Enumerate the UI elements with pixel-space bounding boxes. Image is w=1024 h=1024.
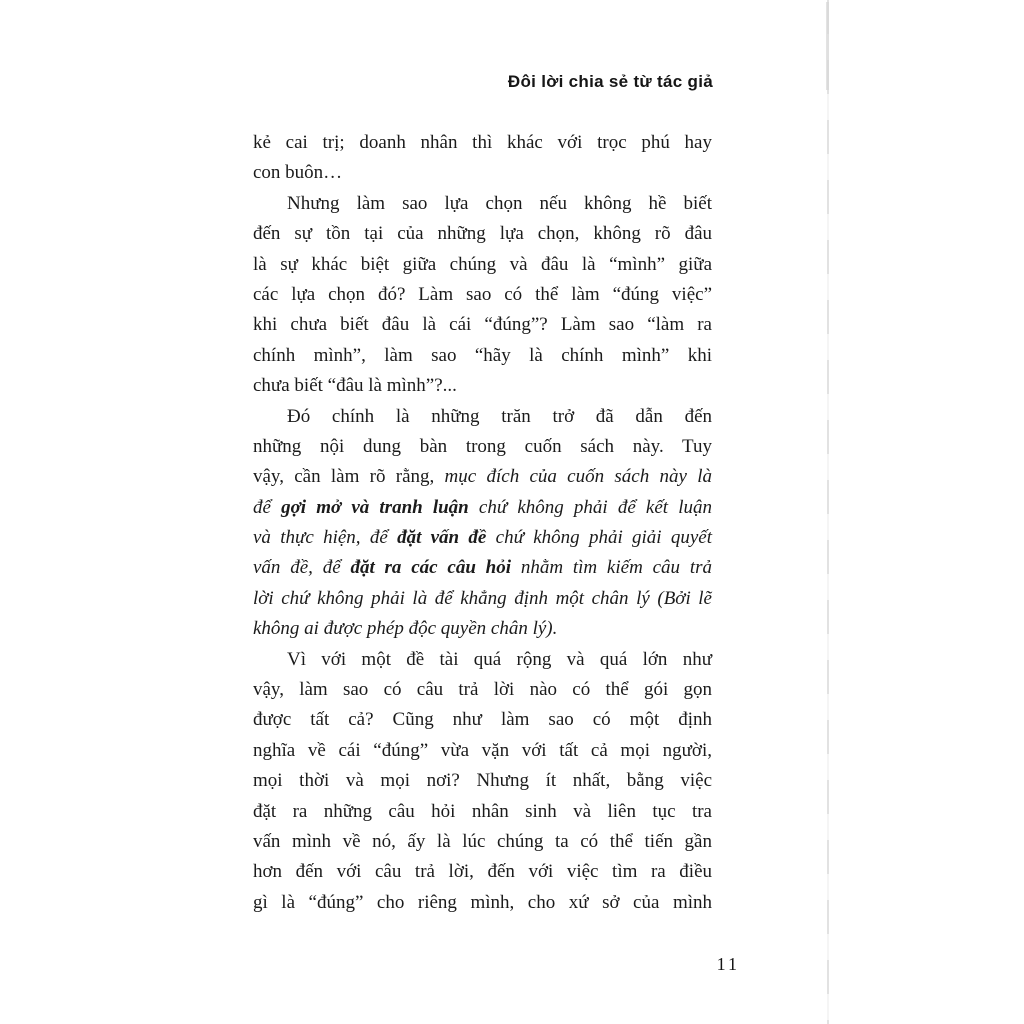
text-segment: nghĩa về cái “đúng” vừa vặn với tất cả m… bbox=[253, 740, 712, 761]
text-segment: mục đích của cuốn sách này là bbox=[445, 466, 712, 487]
text-line: chính mình”, làm sao “hãy là chính mình”… bbox=[253, 341, 712, 371]
text-line: được tất cả? Cũng như làm sao có một địn… bbox=[253, 705, 712, 735]
text-segment: mọi thời và mọi nơi? Nhưng ít nhất, bằng… bbox=[253, 770, 712, 791]
text-line: gì là “đúng” cho riêng mình, cho xứ sở c… bbox=[253, 888, 712, 918]
text-segment: và thực hiện, để bbox=[253, 527, 397, 548]
text-line: chưa biết “đâu là mình”?... bbox=[253, 371, 712, 401]
text-segment: gợi mở và tranh luận bbox=[281, 497, 469, 518]
text-segment: đến sự tồn tại của những lựa chọn, không… bbox=[253, 223, 712, 244]
text-segment: con buôn… bbox=[253, 162, 342, 183]
text-line: những nội dung bàn trong cuốn sách này. … bbox=[253, 432, 712, 462]
text-segment: được tất cả? Cũng như làm sao có một địn… bbox=[253, 709, 712, 730]
text-segment: để bbox=[253, 497, 281, 518]
text-segment: không ai được phép độc quyền chân lý). bbox=[253, 618, 557, 639]
text-line: không ai được phép độc quyền chân lý). bbox=[253, 614, 712, 644]
text-line: để gợi mở và tranh luận chứ không phải đ… bbox=[253, 493, 712, 523]
text-block: kẻ cai trị; doanh nhân thì khác với trọc… bbox=[253, 128, 712, 918]
page-number: 11 bbox=[680, 954, 740, 975]
text-segment: các lựa chọn đó? Làm sao có thể làm “đún… bbox=[253, 284, 712, 305]
text-line: khi chưa biết đâu là cái “đúng”? Làm sao… bbox=[253, 310, 712, 340]
book-page: Đôi lời chia sẻ từ tác giả kẻ cai trị; d… bbox=[0, 0, 1024, 1024]
text-segment: vậy, làm sao có câu trả lời nào có thể g… bbox=[253, 679, 712, 700]
text-line: kẻ cai trị; doanh nhân thì khác với trọc… bbox=[253, 128, 712, 158]
text-line: và thực hiện, để đặt vấn đề chứ không ph… bbox=[253, 523, 712, 553]
text-segment: chính mình”, làm sao “hãy là chính mình”… bbox=[253, 345, 712, 366]
text-line: Nhưng làm sao lựa chọn nếu không hề biết bbox=[253, 189, 712, 219]
text-line: lời chứ không phải là để khẳng định một … bbox=[253, 584, 712, 614]
text-line: các lựa chọn đó? Làm sao có thể làm “đún… bbox=[253, 280, 712, 310]
text-line: vấn mình về nó, ấy là lúc chúng ta có th… bbox=[253, 827, 712, 857]
text-segment: Vì với một đề tài quá rộng và quá lớn nh… bbox=[287, 649, 712, 670]
text-segment: nhằm tìm kiếm câu trả bbox=[511, 557, 712, 578]
text-segment: gì là “đúng” cho riêng mình, cho xứ sở c… bbox=[253, 892, 712, 913]
text-segment: hơn đến với câu trả lời, đến với việc tì… bbox=[253, 861, 712, 882]
text-segment: chứ không phải giải quyết bbox=[486, 527, 712, 548]
text-line: vấn đề, để đặt ra các câu hỏi nhằm tìm k… bbox=[253, 553, 712, 583]
text-segment: kẻ cai trị; doanh nhân thì khác với trọc… bbox=[253, 132, 712, 153]
text-line: mọi thời và mọi nơi? Nhưng ít nhất, bằng… bbox=[253, 766, 712, 796]
text-line: đặt ra những câu hỏi nhân sinh và liên t… bbox=[253, 797, 712, 827]
running-header: Đôi lời chia sẻ từ tác giả bbox=[253, 72, 713, 92]
text-line: là sự khác biệt giữa chúng và đâu là “mì… bbox=[253, 250, 712, 280]
text-segment: Đó chính là những trăn trở đã dẫn đến bbox=[287, 406, 712, 427]
text-segment: đặt vấn đề bbox=[397, 527, 486, 548]
text-segment: khi chưa biết đâu là cái “đúng”? Làm sao… bbox=[253, 314, 712, 335]
text-line: nghĩa về cái “đúng” vừa vặn với tất cả m… bbox=[253, 736, 712, 766]
text-segment: lời chứ không phải là để khẳng định một … bbox=[253, 588, 712, 609]
text-line: vậy, làm sao có câu trả lời nào có thể g… bbox=[253, 675, 712, 705]
text-segment: chưa biết “đâu là mình”?... bbox=[253, 375, 457, 396]
text-segment: Nhưng làm sao lựa chọn nếu không hề biết bbox=[287, 193, 712, 214]
text-line: đến sự tồn tại của những lựa chọn, không… bbox=[253, 219, 712, 249]
page-edge-shadow bbox=[826, 2, 829, 90]
text-segment: vậy, cần làm rõ rằng, bbox=[253, 466, 445, 487]
text-segment: đặt ra những câu hỏi nhân sinh và liên t… bbox=[253, 801, 712, 822]
text-segment: vấn mình về nó, ấy là lúc chúng ta có th… bbox=[253, 831, 712, 852]
text-line: Đó chính là những trăn trở đã dẫn đến bbox=[253, 402, 712, 432]
text-segment: chứ không phải để kết luận bbox=[469, 497, 712, 518]
text-segment: đặt ra các câu hỏi bbox=[350, 557, 511, 578]
text-segment: vấn đề, để bbox=[253, 557, 350, 578]
text-line: hơn đến với câu trả lời, đến với việc tì… bbox=[253, 857, 712, 887]
text-segment: là sự khác biệt giữa chúng và đâu là “mì… bbox=[253, 254, 712, 275]
text-segment: những nội dung bàn trong cuốn sách này. … bbox=[253, 436, 712, 457]
page-edge-line bbox=[827, 0, 829, 1024]
text-line: Vì với một đề tài quá rộng và quá lớn nh… bbox=[253, 645, 712, 675]
text-line: con buôn… bbox=[253, 158, 712, 188]
text-line: vậy, cần làm rõ rằng, mục đích của cuốn … bbox=[253, 462, 712, 492]
